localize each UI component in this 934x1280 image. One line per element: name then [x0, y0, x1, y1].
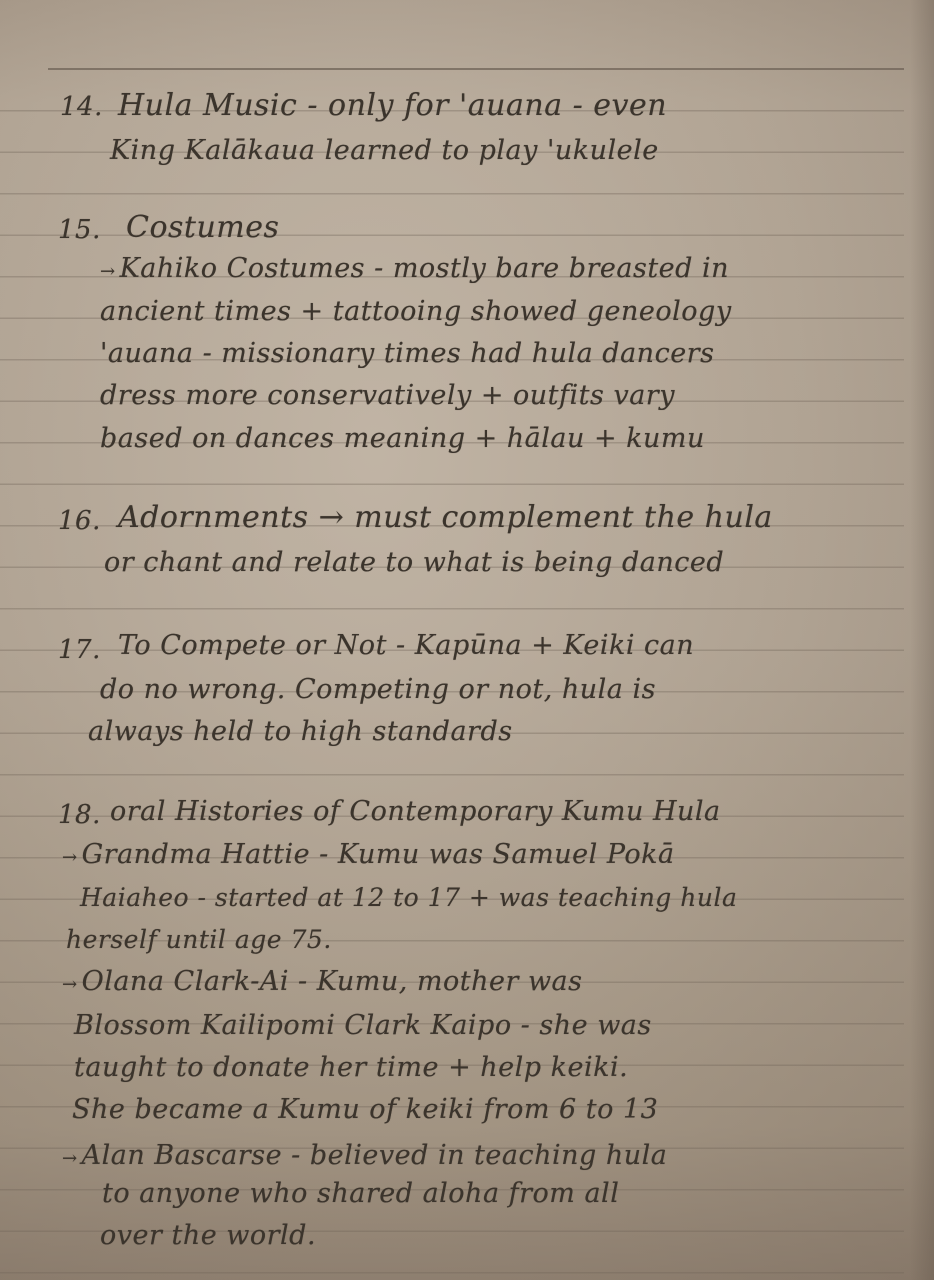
note-line: ancient times + tattooing showed geneolo…: [100, 296, 732, 327]
note-line: Grandma Hattie - Kumu was Samuel Pokā: [82, 839, 675, 870]
note-line: or chant and relate to what is being dan…: [104, 547, 724, 578]
section-number-17: 17.: [58, 635, 101, 665]
note-line: Kahiko Costumes - mostly bare breasted i…: [120, 253, 729, 284]
note-line: over the world.: [100, 1220, 316, 1251]
note-line: Hula Music - only for 'auana - even: [118, 88, 667, 123]
note-line: Haiaheo - started at 12 to 17 + was teac…: [80, 883, 737, 912]
bullet-line: →Alan Bascarse - believed in teaching hu…: [62, 1140, 667, 1171]
note-line: do no wrong. Competing or not, hula is: [100, 674, 656, 705]
note-line: to anyone who shared aloha from all: [102, 1178, 619, 1209]
note-line: Alan Bascarse - believed in teaching hul…: [82, 1140, 668, 1171]
arrow-bullet-icon: →: [100, 261, 116, 282]
note-line: To Compete or Not - Kapūna + Keiki can: [118, 630, 694, 661]
arrow-bullet-icon: →: [62, 974, 78, 995]
top-margin-rule: [48, 68, 904, 70]
note-line: Olana Clark-Ai - Kumu, mother was: [82, 966, 583, 997]
section-title: Costumes: [126, 210, 279, 245]
note-line: King Kalākaua learned to play 'ukulele: [110, 135, 659, 166]
bullet-line: →Olana Clark-Ai - Kumu, mother was: [62, 966, 583, 997]
arrow-bullet-icon: →: [62, 1148, 78, 1169]
section-number-14: 14.: [60, 92, 103, 122]
note-line: Adornments → must complement the hula: [118, 500, 773, 535]
note-line: 'auana - missionary times had hula dance…: [100, 338, 714, 369]
section-number-15: 15.: [58, 215, 101, 245]
notebook-page: 14. Hula Music - only for 'auana - even …: [0, 0, 934, 1280]
bullet-line: →Kahiko Costumes - mostly bare breasted …: [100, 253, 729, 284]
note-line: dress more conservatively + outfits vary: [100, 380, 675, 411]
note-line: taught to donate her time + help keiki.: [74, 1052, 628, 1083]
note-line: based on dances meaning + hālau + kumu: [100, 423, 705, 454]
section-number-16: 16.: [58, 506, 101, 536]
note-line: oral Histories of Contemporary Kumu Hula: [110, 796, 721, 827]
bullet-line: →Grandma Hattie - Kumu was Samuel Pokā: [62, 839, 675, 870]
note-line: herself until age 75.: [66, 925, 332, 954]
arrow-bullet-icon: →: [62, 847, 78, 868]
section-number-18: 18.: [58, 800, 101, 830]
page-edge-shadow: [910, 0, 934, 1280]
note-line: Blossom Kailipomi Clark Kaipo - she was: [74, 1010, 652, 1041]
note-line: always held to high standards: [88, 716, 513, 747]
note-line: She became a Kumu of keiki from 6 to 13: [72, 1094, 658, 1125]
